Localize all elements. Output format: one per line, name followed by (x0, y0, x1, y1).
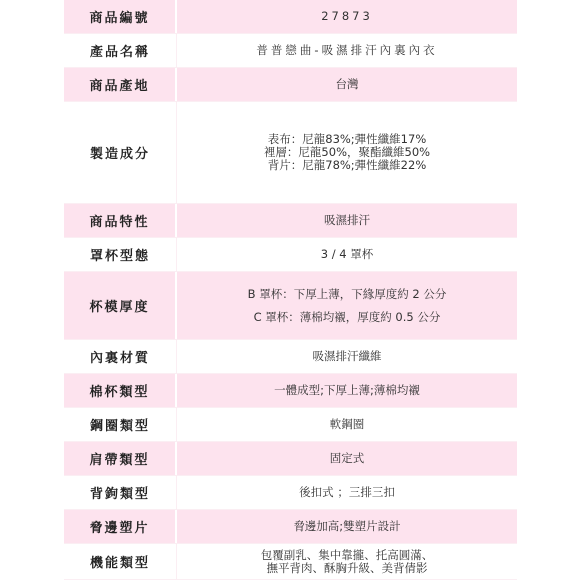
spec-value-line: C 罩杯：薄棉均襯，厚度約 0.5 公分 (254, 311, 441, 324)
spec-value: 軟鋼圈 (177, 408, 517, 441)
spec-value-line: B 罩杯：下厚上薄，下緣厚度約 2 公分 (248, 288, 447, 301)
spec-value-line: 吸濕排汗 (324, 214, 370, 227)
spec-label: 背鉤類型 (64, 476, 177, 509)
spec-row-hook-type: 背鉤類型 後扣式 ；三排三扣 (64, 476, 517, 510)
spec-value: 表布：尼龍83%;彈性纖維17% 裡層：尼龍50%，聚酯纖維50% 背片：尼龍7… (177, 102, 517, 203)
spec-label: 商品產地 (64, 68, 177, 101)
spec-value-line: 3 / 4 罩杯 (321, 248, 373, 261)
spec-value: 台灣 (177, 68, 517, 101)
spec-value-line: 一體成型;下厚上薄;薄棉均襯 (274, 384, 420, 397)
spec-value: 脅邊加高;雙塑片設計 (177, 510, 517, 543)
spec-value: 包覆副乳、集中靠攏、托高圓滿、 撫平背肉、酥胸升級、美背倩影 (177, 544, 517, 579)
spec-value-line: 包覆副乳、集中靠攏、托高圓滿、 (261, 549, 434, 562)
product-spec-table: 商品編號 27873 產品名稱 普普戀曲-吸濕排汗內裏內衣 商品產地 台灣 製造… (64, 0, 517, 580)
spec-row-origin: 商品產地 台灣 (64, 68, 517, 102)
spec-label: 棉杯類型 (64, 374, 177, 407)
spec-row-cup-style: 罩杯型態 3 / 4 罩杯 (64, 238, 517, 272)
spec-label: 商品特性 (64, 204, 177, 237)
spec-value: 固定式 (177, 442, 517, 475)
spec-label: 脅邊塑片 (64, 510, 177, 543)
spec-label: 產品名稱 (64, 34, 177, 67)
spec-label: 鋼圈類型 (64, 408, 177, 441)
spec-value: 27873 (177, 0, 517, 33)
spec-label: 商品編號 (64, 0, 177, 33)
spec-row-lining-material: 內裏材質 吸濕排汗纖維 (64, 340, 517, 374)
spec-label: 內裏材質 (64, 340, 177, 373)
spec-row-padding-type: 棉杯類型 一體成型;下厚上薄;薄棉均襯 (64, 374, 517, 408)
spec-row-side-boning: 脅邊塑片 脅邊加高;雙塑片設計 (64, 510, 517, 544)
spec-value-line: 後扣式 ；三排三扣 (299, 486, 395, 499)
spec-value-line: 背片：尼龍78%;彈性纖維22% (268, 159, 427, 172)
spec-value: 3 / 4 罩杯 (177, 238, 517, 271)
spec-row-function-type: 機能類型 包覆副乳、集中靠攏、托高圓滿、 撫平背肉、酥胸升級、美背倩影 (64, 544, 517, 580)
spec-row-underwire-type: 鋼圈類型 軟鋼圈 (64, 408, 517, 442)
spec-value-line: 吸濕排汗纖維 (313, 350, 382, 363)
spec-value-line: 脅邊加高;雙塑片設計 (293, 520, 400, 533)
spec-label: 製造成分 (64, 102, 177, 203)
spec-value-line: 台灣 (336, 78, 359, 91)
spec-value-line: 撫平背肉、酥胸升級、美背倩影 (267, 562, 428, 575)
spec-row-composition: 製造成分 表布：尼龍83%;彈性纖維17% 裡層：尼龍50%，聚酯纖維50% 背… (64, 102, 517, 204)
spec-row-feature: 商品特性 吸濕排汗 (64, 204, 517, 238)
spec-value-line: 普普戀曲-吸濕排汗內裏內衣 (256, 44, 437, 57)
spec-label: 機能類型 (64, 544, 177, 579)
spec-row-strap-type: 肩帶類型 固定式 (64, 442, 517, 476)
spec-value: 一體成型;下厚上薄;薄棉均襯 (177, 374, 517, 407)
spec-row-product-name: 產品名稱 普普戀曲-吸濕排汗內裏內衣 (64, 34, 517, 68)
spec-value-line: 固定式 (330, 452, 365, 465)
spec-row-product-number: 商品編號 27873 (64, 0, 517, 34)
spec-row-cup-thickness: 杯模厚度 B 罩杯：下厚上薄，下緣厚度約 2 公分 C 罩杯：薄棉均襯，厚度約 … (64, 272, 517, 340)
spec-value: 吸濕排汗纖維 (177, 340, 517, 373)
spec-value: 後扣式 ；三排三扣 (177, 476, 517, 509)
spec-value: 吸濕排汗 (177, 204, 517, 237)
spec-label: 肩帶類型 (64, 442, 177, 475)
spec-value: 普普戀曲-吸濕排汗內裏內衣 (177, 34, 517, 67)
spec-value: B 罩杯：下厚上薄，下緣厚度約 2 公分 C 罩杯：薄棉均襯，厚度約 0.5 公… (177, 272, 517, 339)
spec-label: 杯模厚度 (64, 272, 177, 339)
spec-value-line: 軟鋼圈 (330, 418, 365, 431)
spec-value-line: 27873 (321, 10, 373, 23)
spec-label: 罩杯型態 (64, 238, 177, 271)
